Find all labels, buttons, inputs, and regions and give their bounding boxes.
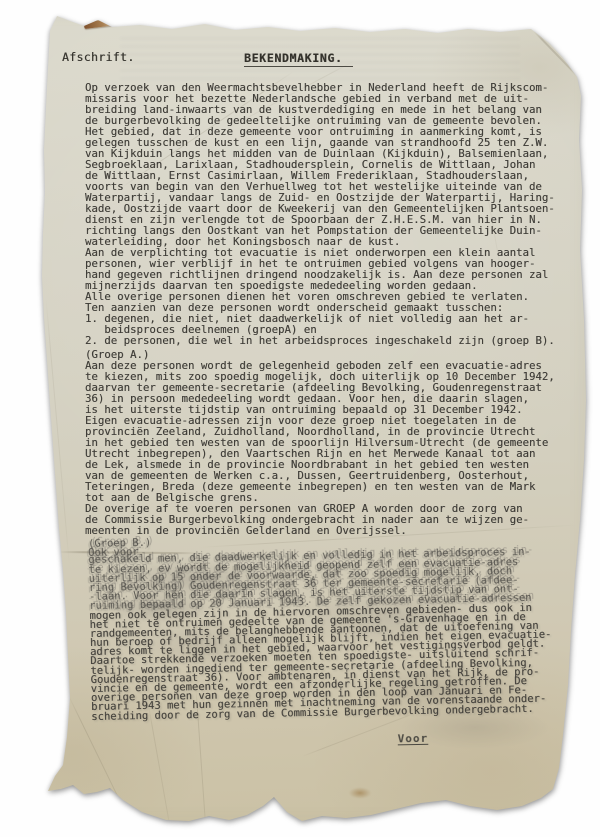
- photo-background: Afschrift. BEKENDMAKING. Op verzoek van …: [0, 0, 600, 837]
- body-block-a: Op verzoek van den Weermachtsbevelhebber…: [85, 82, 575, 536]
- paper-sheet: Afschrift. BEKENDMAKING. Op verzoek van …: [0, 0, 600, 837]
- document-content: Afschrift. BEKENDMAKING. Op verzoek van …: [0, 0, 600, 837]
- rust-dot: [226, 17, 232, 21]
- copy-label: Afschrift.: [62, 50, 135, 64]
- body-block-b: (Groep B.)Ook voorgeschakeld men, die da…: [88, 531, 582, 752]
- catchword: Voor: [398, 732, 429, 746]
- catchword-row: Voor: [92, 724, 582, 752]
- body-block-b-lines: (Groep B.)Ook voorgeschakeld men, die da…: [88, 531, 581, 722]
- document-title: BEKENDMAKING.: [244, 51, 353, 67]
- document-line: 2. de personen, die wel in het arbeidspr…: [85, 335, 575, 346]
- paper-shadow: Afschrift. BEKENDMAKING. Op verzoek van …: [0, 0, 600, 837]
